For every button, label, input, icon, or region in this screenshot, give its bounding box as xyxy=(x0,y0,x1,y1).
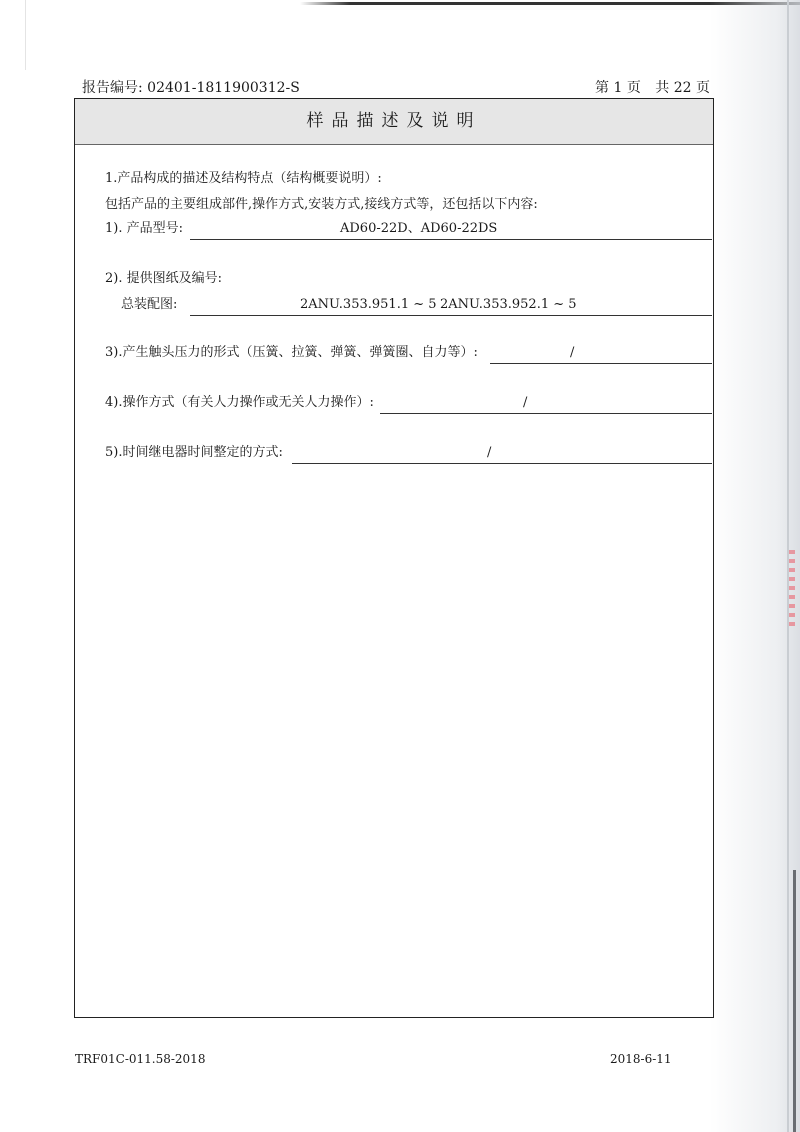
report-number-value: 02401-1811900312-S xyxy=(147,80,300,96)
operation-mode-value: / xyxy=(523,393,527,413)
model-label: 1). 产品型号: xyxy=(105,219,183,239)
scan-edge-right-dark xyxy=(793,870,796,1132)
contact-pressure-label: 3).产生触头压力的形式（压簧、拉簧、弹簧、弹簧圈、自力等）: xyxy=(105,343,478,363)
drawings-label: 2). 提供图纸及编号: xyxy=(105,269,222,289)
page-total: 共 22 页 xyxy=(655,80,710,96)
operation-mode-field: / xyxy=(380,393,712,414)
relay-setting-label: 5).时间继电器时间整定的方式: xyxy=(105,443,283,463)
form-date: 2018-6-11 xyxy=(610,1052,672,1066)
relay-setting-value: / xyxy=(487,443,491,463)
drawing-number-2: 2ANU.353.952.1 ~ 5 xyxy=(440,295,577,315)
drawing-number-1: 2ANU.353.951.1 ~ 5 xyxy=(300,295,437,315)
assembly-drawing-label: 总装配图: xyxy=(121,295,177,315)
report-number: 报告编号: 02401-1811900312-S xyxy=(82,78,300,98)
report-header: 报告编号: 02401-1811900312-S 第 1 页 共 22 页 xyxy=(82,78,710,98)
page-indicator: 第 1 页 共 22 页 xyxy=(585,78,710,98)
report-number-label: 报告编号: xyxy=(82,80,143,96)
contact-pressure-field: / xyxy=(490,343,712,364)
operation-mode-label: 4).操作方式（有关人力操作或无关人力操作）: xyxy=(105,393,374,413)
relay-setting-field: / xyxy=(292,443,712,464)
model-value: AD60-22D、AD60-22DS xyxy=(340,219,497,239)
form-frame: 样品描述及说明 1.产品构成的描述及结构特点（结构概要说明）: 包括产品的主要组… xyxy=(74,98,714,1018)
intro-text: 包括产品的主要组成部件,操作方式,安装方式,接线方式等，还包括以下内容: xyxy=(105,195,538,215)
model-field: AD60-22D、AD60-22DS xyxy=(190,219,712,240)
page-current: 第 1 页 xyxy=(595,80,641,96)
section-title: 样品描述及说明 xyxy=(75,99,713,145)
intro-heading: 1.产品构成的描述及结构特点（结构概要说明）: xyxy=(105,169,382,189)
contact-pressure-value: / xyxy=(570,343,574,363)
form-code: TRF01C-011.58-2018 xyxy=(75,1052,205,1066)
seal-stamp-fragment xyxy=(789,550,795,630)
scan-edge-left xyxy=(25,0,26,70)
assembly-drawing-field: 2ANU.353.951.1 ~ 5 2ANU.353.952.1 ~ 5 xyxy=(190,295,712,316)
